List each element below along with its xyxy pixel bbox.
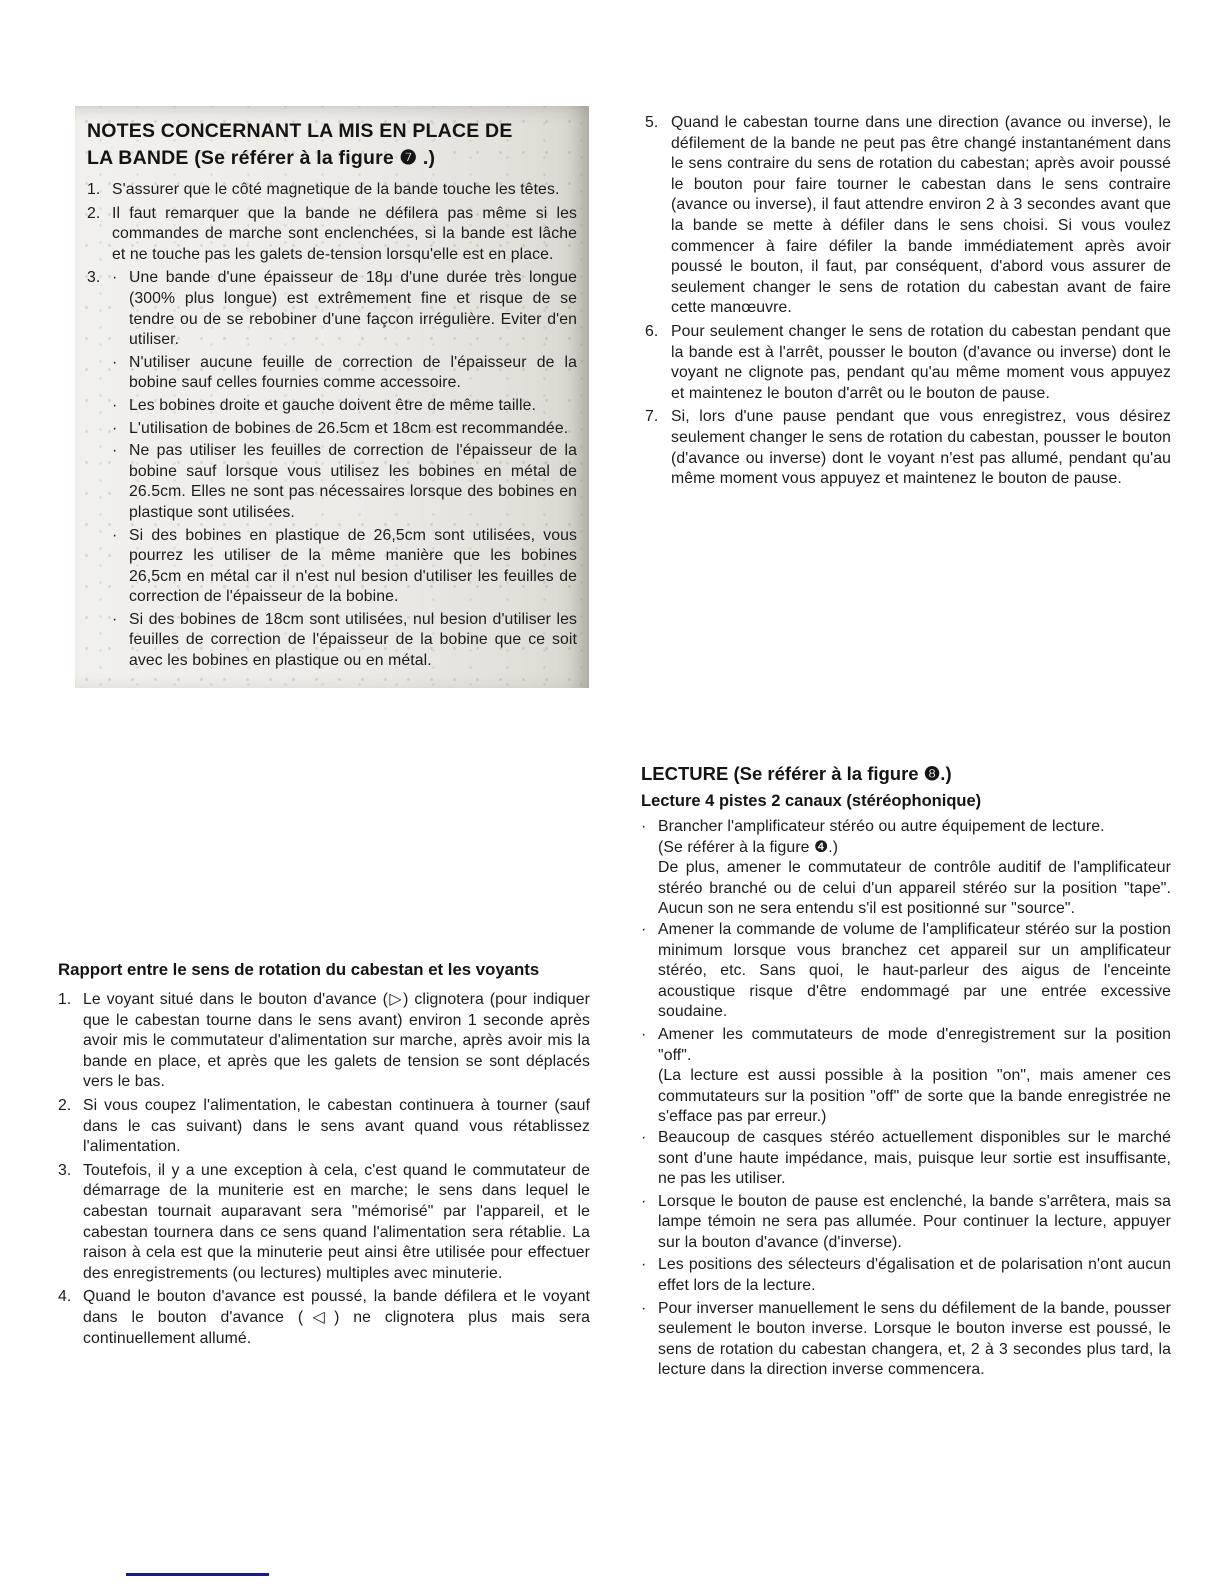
bullet-text: Ne pas utiliser les feuilles de correcti… xyxy=(129,441,577,523)
footer-accent-line xyxy=(126,1573,269,1576)
bullet-marker: · xyxy=(641,1299,658,1381)
bullet-item: · Brancher l'amplificateur stéréo ou aut… xyxy=(641,817,1171,838)
bullet-marker: · xyxy=(112,610,129,672)
list-item: 1. Le voyant situé dans le bouton d'avan… xyxy=(58,990,590,1093)
bullet-text: Amener la commande de volume de l'amplif… xyxy=(658,920,1171,1023)
bullet-text: Une bande d'une épaisseur de 18μ d'une d… xyxy=(129,268,577,350)
bullet-text: Lorsque le bouton de pause est enclenché… xyxy=(658,1192,1171,1254)
item-text: Si vous coupez l'alimentation, le cabest… xyxy=(83,1096,590,1158)
bullet-item: · Les positions des sélecteurs d'égalisa… xyxy=(641,1255,1171,1296)
bullet-item: · Lorsque le bouton de pause est enclenc… xyxy=(641,1192,1171,1254)
bullet-item: · Les bobines droite et gauche doivent ê… xyxy=(112,396,577,417)
bullet-extra-text: De plus, amener le commutateur de contrô… xyxy=(658,858,1171,920)
notes-title-line1: NOTES CONCERNANT LA MIS EN PLACE DE xyxy=(87,118,577,145)
bullet-item: · Ne pas utiliser les feuilles de correc… xyxy=(112,441,577,523)
item-text: Quand le cabestan tourne dans une direct… xyxy=(671,113,1171,319)
bullet-marker: · xyxy=(641,1128,658,1190)
bullet-text: N'utiliser aucune feuille de correction … xyxy=(129,353,577,394)
bullet-text: Si des bobines en plastique de 26,5cm so… xyxy=(129,526,577,608)
item-text: Toutefois, il y a une exception à cela, … xyxy=(83,1161,590,1285)
item-number: 6. xyxy=(645,322,671,404)
rapport-heading: Rapport entre le sens de rotation du cab… xyxy=(58,956,590,984)
bullet-item: · Beaucoup de casques stéréo actuellemen… xyxy=(641,1128,1171,1190)
bullet-item: · Amener les commutateurs de mode d'enre… xyxy=(641,1025,1171,1066)
item-number: 4. xyxy=(58,1287,83,1349)
bullet-marker: · xyxy=(112,268,129,350)
list-item: 2. Si vous coupez l'alimentation, le cab… xyxy=(58,1096,590,1158)
bullet-marker: · xyxy=(641,1192,658,1254)
bullet-marker: · xyxy=(641,1025,658,1066)
bullet-text: Brancher l'amplificateur stéréo ou autre… xyxy=(658,817,1171,838)
bullet-marker: · xyxy=(112,419,129,440)
bullet-item: · Pour inverser manuellement le sens du … xyxy=(641,1299,1171,1381)
item-number: 3. xyxy=(87,268,112,671)
item-number: 1. xyxy=(58,990,83,1093)
list-item: 6. Pour seulement changer le sens de rot… xyxy=(645,322,1171,404)
notes-section-title: NOTES CONCERNANT LA MIS EN PLACE DE LA B… xyxy=(87,118,577,171)
bullet-item: · Amener la commande de volume de l'ampl… xyxy=(641,920,1171,1023)
bullet-marker: · xyxy=(112,526,129,608)
item-number: 7. xyxy=(645,407,671,489)
list-item: 7. Si, lors d'une pause pendant que vous… xyxy=(645,407,1171,489)
bullet-item: · Si des bobines de 18cm sont utilisées,… xyxy=(112,610,577,672)
item-number: 1. xyxy=(87,180,112,201)
bullet-text: Si des bobines de 18cm sont utilisées, n… xyxy=(129,610,577,672)
cabestan-notes-continued: 5. Quand le cabestan tourne dans une dir… xyxy=(645,110,1171,490)
bullet-marker: · xyxy=(112,441,129,523)
lecture-subtitle: Lecture 4 pistes 2 canaux (stéréophoniqu… xyxy=(641,788,1171,814)
rapport-section: Rapport entre le sens de rotation du cab… xyxy=(58,956,590,1349)
lecture-title: LECTURE (Se référer à la figure ❽.) xyxy=(641,760,1171,787)
list-item: 3. Toutefois, il y a une exception à cel… xyxy=(58,1161,590,1285)
bullet-marker: · xyxy=(641,1255,658,1296)
bullet-extra-text: (Se référer à la figure ❹.) xyxy=(658,838,1171,859)
list-item: 1. S'assurer que le côté magnetique de l… xyxy=(87,180,577,201)
item-number: 2. xyxy=(87,204,112,266)
list-item: 3. · Une bande d'une épaisseur de 18μ d'… xyxy=(87,268,577,671)
lecture-section: LECTURE (Se référer à la figure ❽.) Lect… xyxy=(641,760,1171,1381)
bullet-marker: · xyxy=(112,396,129,417)
bullet-marker: · xyxy=(641,817,658,838)
lecture-bullet-list: · Brancher l'amplificateur stéréo ou aut… xyxy=(641,817,1171,1381)
item-number: 2. xyxy=(58,1096,83,1158)
item-text: Le voyant situé dans le bouton d'avance … xyxy=(83,990,590,1093)
bullet-extra-text: (La lecture est aussi possible à la posi… xyxy=(658,1066,1171,1128)
item-number: 5. xyxy=(645,113,671,319)
list-item: 2. Il faut remarquer que la bande ne déf… xyxy=(87,204,577,266)
bullet-text: L'utilisation de bobines de 26.5cm et 18… xyxy=(129,419,577,440)
bullet-text: Beaucoup de casques stéréo actuellement … xyxy=(658,1128,1171,1190)
item-number: 3. xyxy=(58,1161,83,1285)
list-item: 4. Quand le bouton d'avance est poussé, … xyxy=(58,1287,590,1349)
bullet-item: · L'utilisation de bobines de 26.5cm et … xyxy=(112,419,577,440)
item-text: Il faut remarquer que la bande ne défile… xyxy=(112,204,577,266)
item-bullet-list: · Une bande d'une épaisseur de 18μ d'une… xyxy=(112,268,577,671)
bullet-text: Les bobines droite et gauche doivent êtr… xyxy=(129,396,577,417)
bullet-item: · Une bande d'une épaisseur de 18μ d'une… xyxy=(112,268,577,350)
bullet-marker: · xyxy=(112,353,129,394)
item-text: Pour seulement changer le sens de rotati… xyxy=(671,322,1171,404)
item-text: S'assurer que le côté magnetique de la b… xyxy=(112,180,577,201)
bullet-text: Les positions des sélecteurs d'égalisati… xyxy=(658,1255,1171,1296)
bullet-text: Pour inverser manuellement le sens du dé… xyxy=(658,1299,1171,1381)
bullet-text: Amener les commutateurs de mode d'enregi… xyxy=(658,1025,1171,1066)
notes-title-line2: LA BANDE (Se référer à la figure ❼ .) xyxy=(87,145,577,172)
bullet-item: · N'utiliser aucune feuille de correctio… xyxy=(112,353,577,394)
item-text: Quand le bouton d'avance est poussé, la … xyxy=(83,1287,590,1349)
bullet-item: · Si des bobines en plastique de 26,5cm … xyxy=(112,526,577,608)
bullet-marker: · xyxy=(641,920,658,1023)
item-text: Si, lors d'une pause pendant que vous en… xyxy=(671,407,1171,489)
list-item: 5. Quand le cabestan tourne dans une dir… xyxy=(645,113,1171,319)
notes-section: NOTES CONCERNANT LA MIS EN PLACE DE LA B… xyxy=(75,106,589,688)
